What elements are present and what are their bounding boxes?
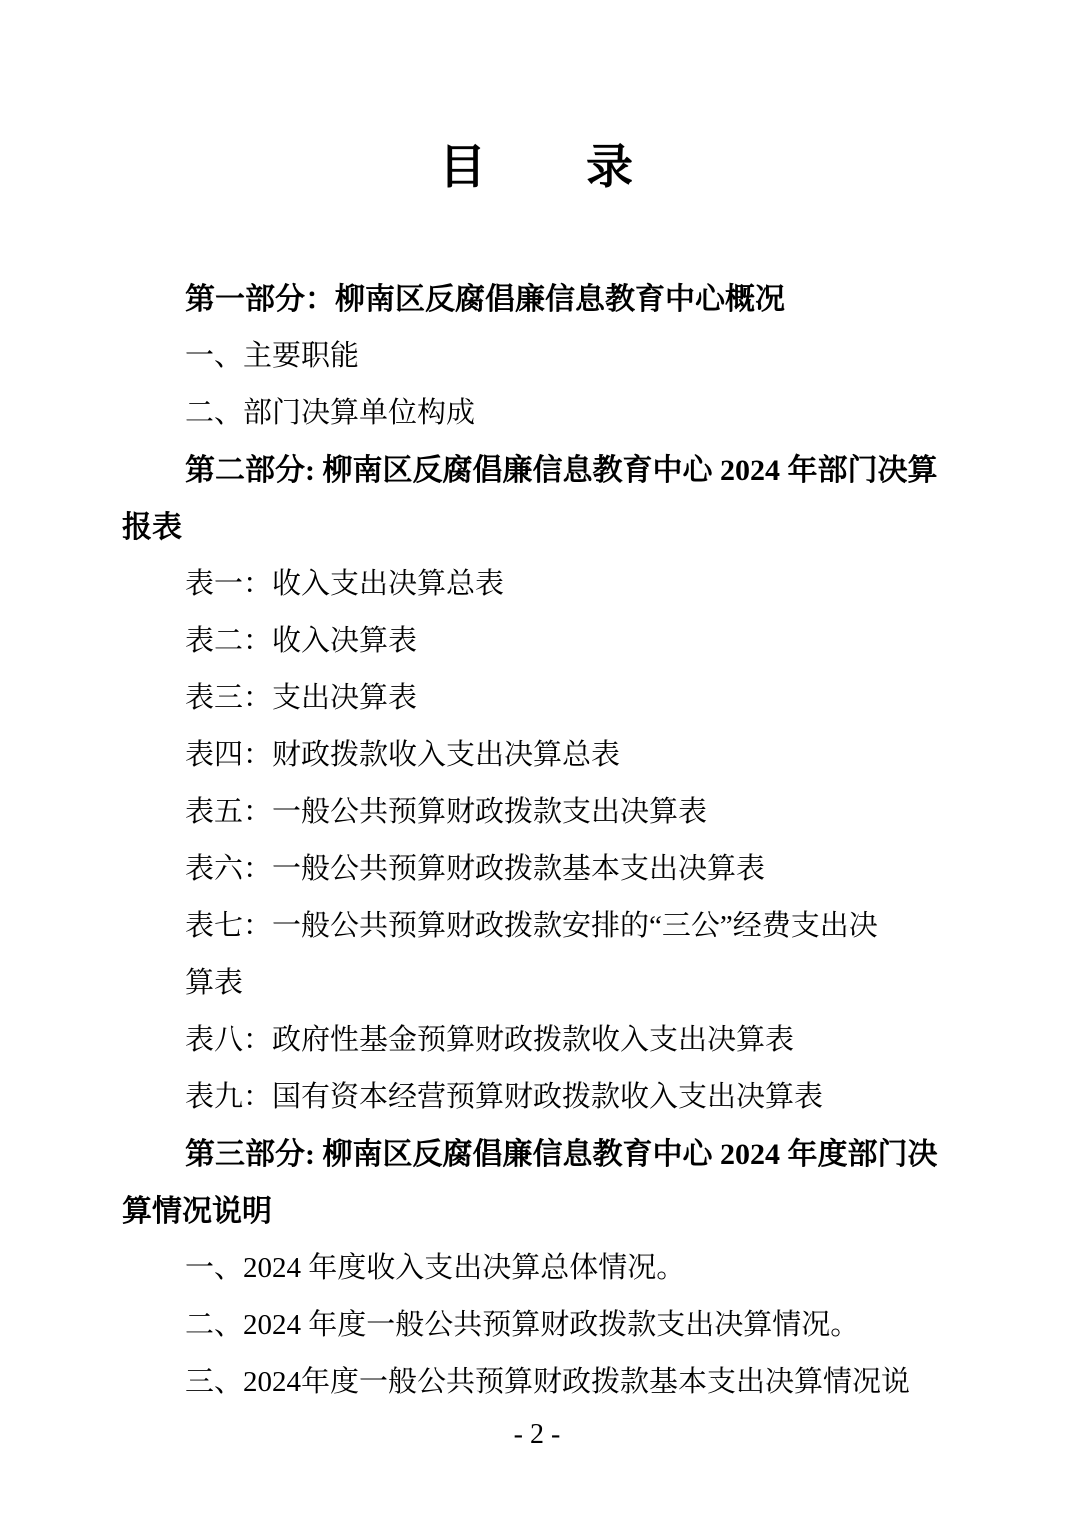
toc-line: 一、2024 年度收入支出决算总体情况。: [122, 1240, 952, 1297]
toc-line: 表七：一般公共预算财政拨款安排的“三公”经费支出决: [122, 898, 952, 955]
toc-line: 二、2024 年度一般公共预算财政拨款支出决算情况。: [122, 1297, 952, 1354]
table-of-contents: 第一部分：柳南区反腐倡廉信息教育中心概况一、主要职能二、部门决算单位构成第二部分…: [122, 271, 952, 1411]
toc-line: 表四：财政拨款收入支出决算总表: [122, 727, 952, 784]
toc-line: 表八：政府性基金预算财政拨款收入支出决算表: [122, 1012, 952, 1069]
toc-line: 第二部分: 柳南区反腐倡廉信息教育中心 2024 年部门决算: [122, 442, 952, 499]
page-number: - 2 -: [0, 1415, 1074, 1455]
toc-line: 表一：收入支出决算总表: [122, 556, 952, 613]
toc-line: 一、主要职能: [122, 328, 952, 385]
toc-line: 表五：一般公共预算财政拨款支出决算表: [122, 784, 952, 841]
toc-line: 第三部分: 柳南区反腐倡廉信息教育中心 2024 年度部门决: [122, 1126, 952, 1183]
toc-line: 算情况说明: [122, 1183, 952, 1240]
toc-line: 表三：支出决算表: [122, 670, 952, 727]
document-page: 目 录 第一部分：柳南区反腐倡廉信息教育中心概况一、主要职能二、部门决算单位构成…: [0, 0, 1074, 1520]
toc-line: 三、2024年度一般公共预算财政拨款基本支出决算情况说: [122, 1354, 952, 1411]
toc-line: 表九：国有资本经营预算财政拨款收入支出决算表: [122, 1069, 952, 1126]
toc-line: 报表: [122, 499, 952, 556]
page-title: 目 录: [0, 138, 1074, 198]
toc-line: 算表: [122, 955, 952, 1012]
toc-line: 第一部分：柳南区反腐倡廉信息教育中心概况: [122, 271, 952, 328]
toc-line: 二、部门决算单位构成: [122, 385, 952, 442]
toc-line: 表二：收入决算表: [122, 613, 952, 670]
toc-line: 表六：一般公共预算财政拨款基本支出决算表: [122, 841, 952, 898]
